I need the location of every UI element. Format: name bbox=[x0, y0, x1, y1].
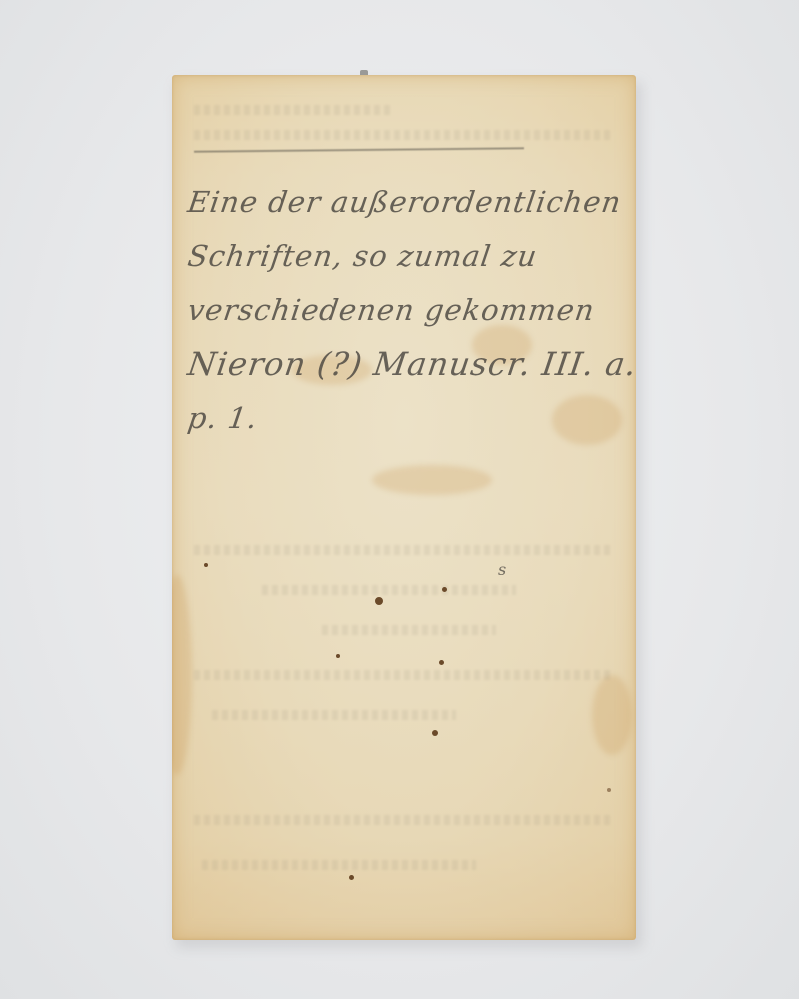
handwriting-line: Eine der außerordentlichen bbox=[184, 175, 632, 229]
ink-speck bbox=[375, 597, 383, 605]
stray-pencil-mark: s bbox=[498, 560, 506, 579]
pencil-rule-line bbox=[194, 147, 524, 152]
bleed-through-text bbox=[194, 105, 394, 115]
handwritten-note: Eine der außerordentlichen Schriften, so… bbox=[188, 175, 628, 445]
ink-speck bbox=[432, 730, 438, 736]
ink-speck bbox=[439, 660, 444, 665]
handwriting-line: Schriften, so zumal zu bbox=[184, 229, 632, 283]
handwriting-line: Nieron (?) Manuscr. III. a. bbox=[184, 337, 632, 391]
ink-speck bbox=[204, 563, 208, 567]
ink-speck bbox=[607, 788, 611, 792]
paper-slip: Eine der außerordentlichen Schriften, so… bbox=[172, 75, 636, 940]
bleed-through-text bbox=[212, 710, 456, 720]
foxing-stain bbox=[172, 575, 192, 775]
bleed-through-text bbox=[322, 625, 496, 635]
ink-speck bbox=[336, 654, 340, 658]
bleed-through-text bbox=[194, 670, 614, 680]
foxing-stain bbox=[372, 465, 492, 495]
bleed-through-text bbox=[262, 585, 516, 595]
bleed-through-text bbox=[194, 130, 614, 140]
handwriting-line: verschiedenen gekommen bbox=[184, 283, 632, 337]
bleed-through-text bbox=[194, 815, 614, 825]
bleed-through-text bbox=[202, 860, 476, 870]
handwriting-line: p. 1. bbox=[184, 391, 632, 445]
bleed-through-text bbox=[194, 545, 614, 555]
ink-speck bbox=[349, 875, 354, 880]
foxing-stain bbox=[592, 675, 632, 755]
ink-speck bbox=[442, 587, 447, 592]
